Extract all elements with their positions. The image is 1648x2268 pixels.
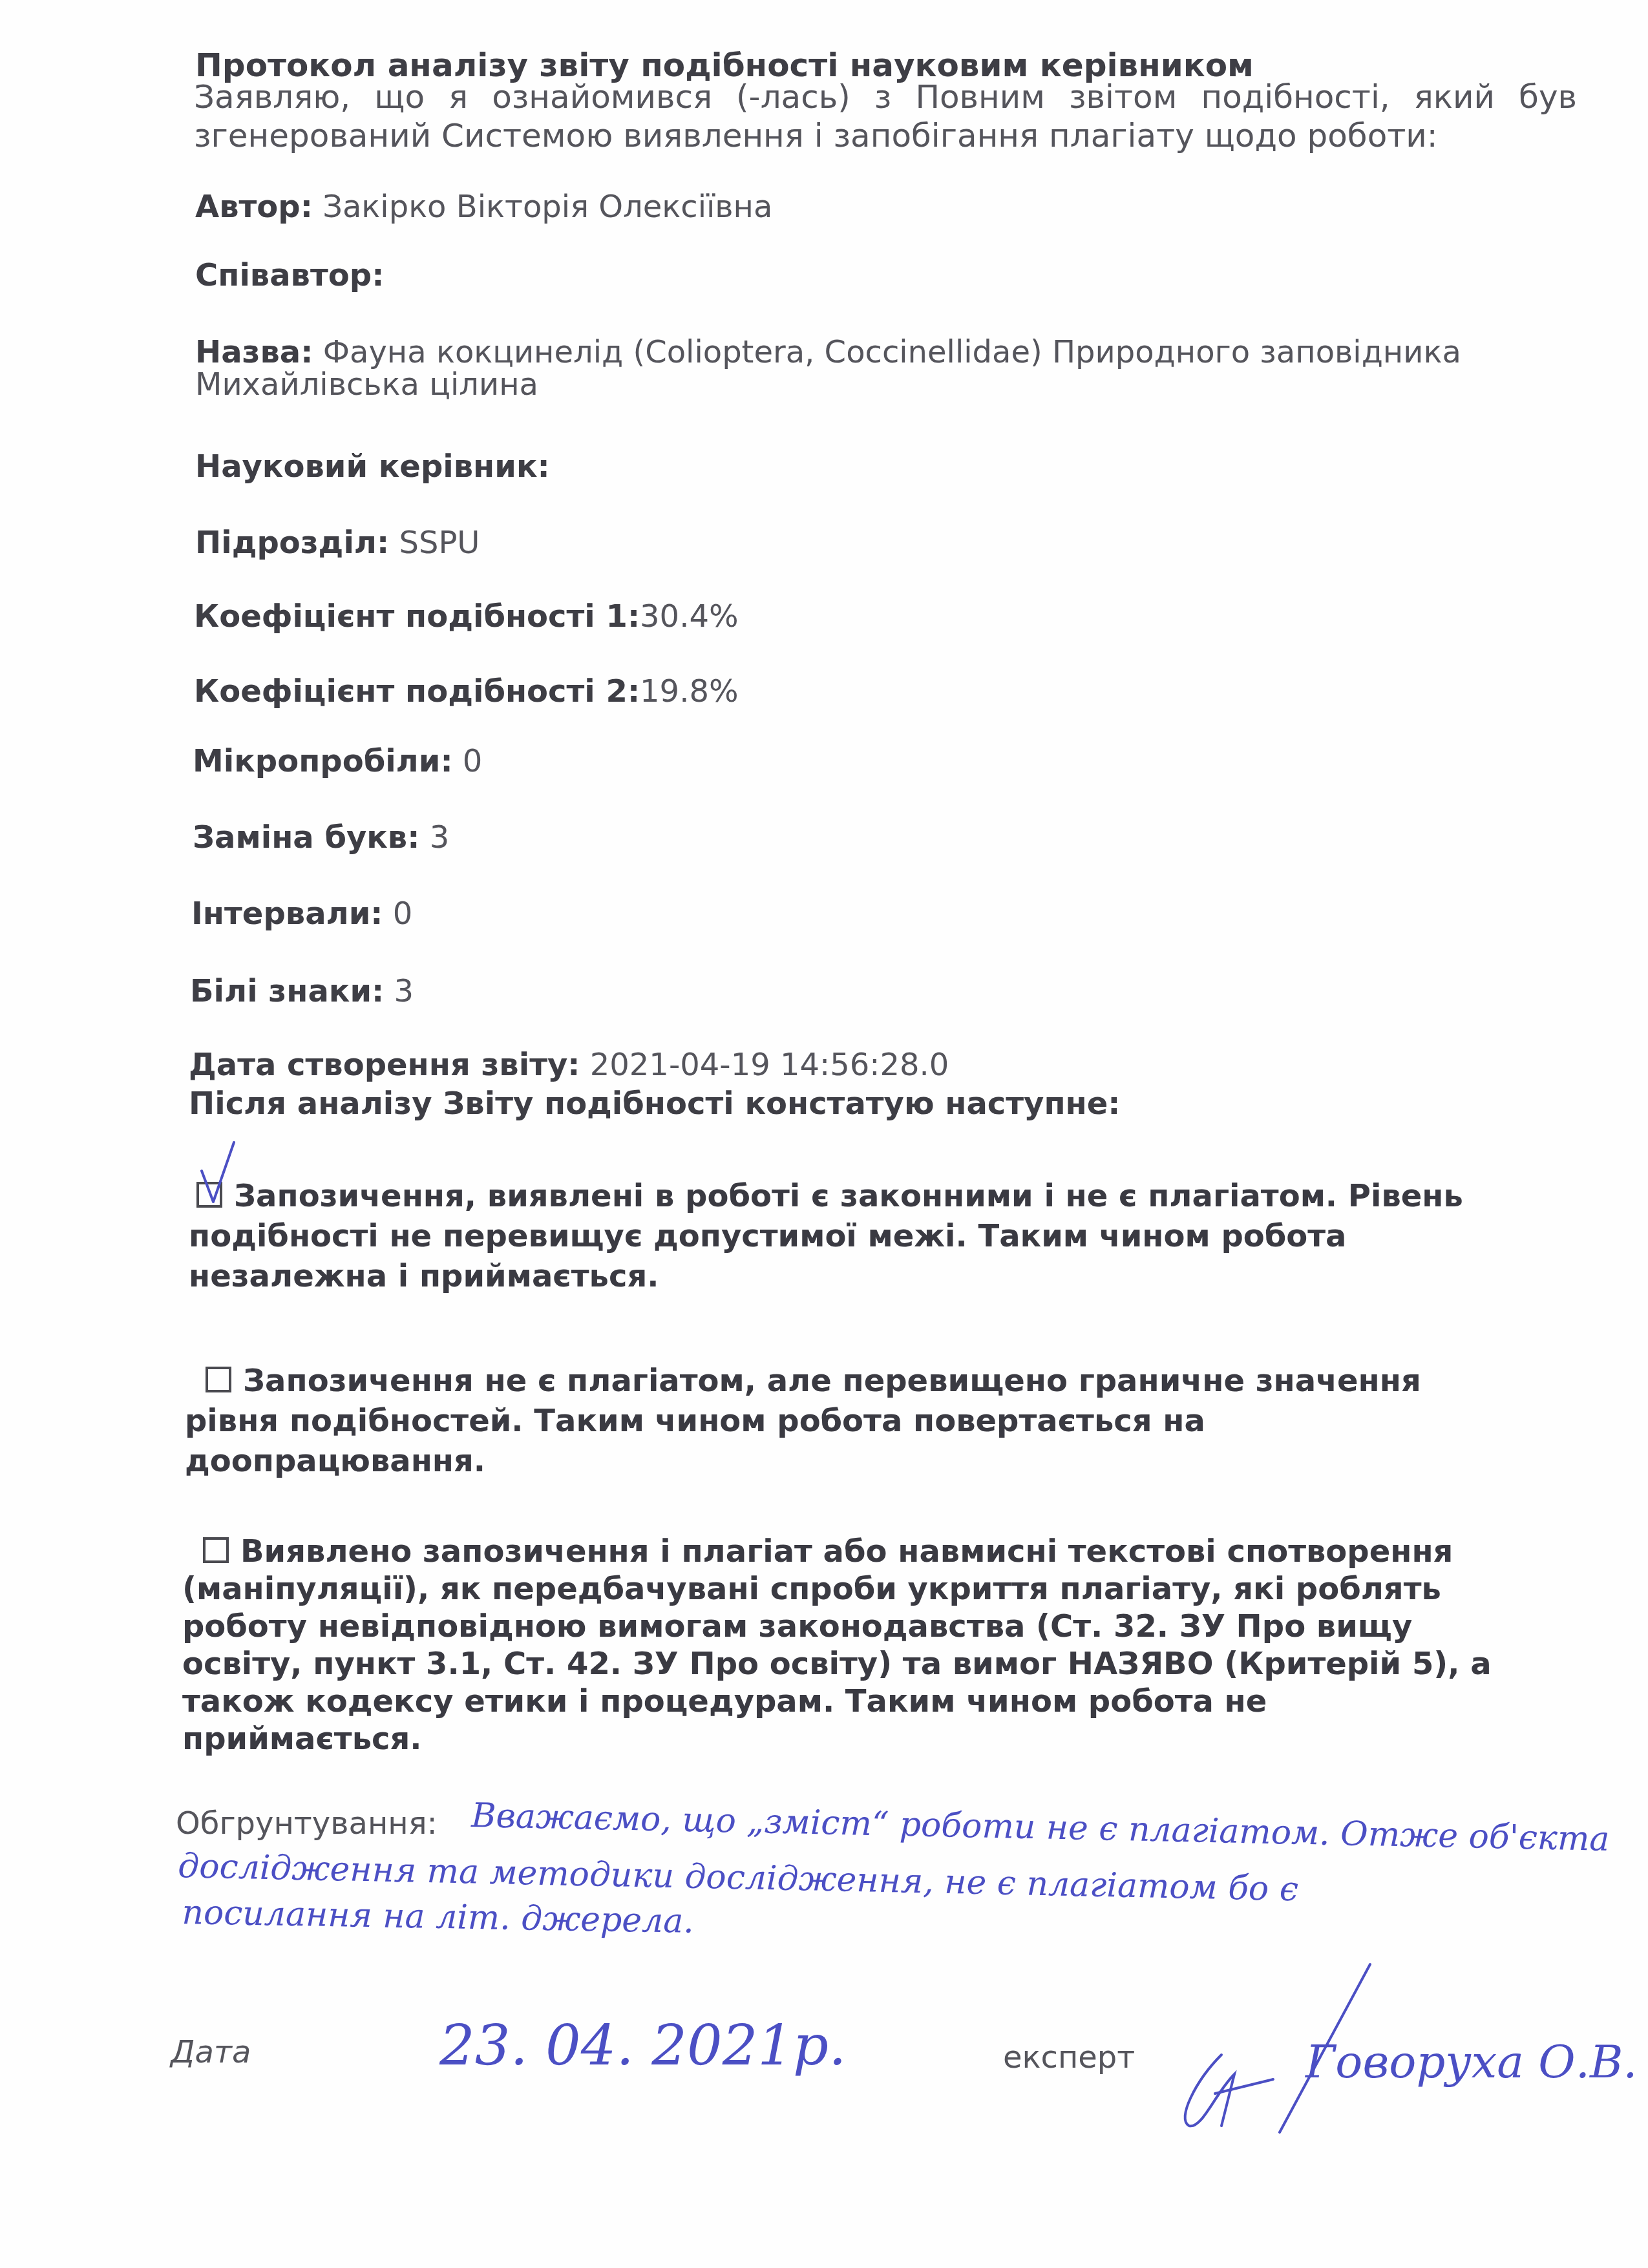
field-value: 0 xyxy=(393,896,413,932)
option-line: Виявлено запозичення і плагіат або навми… xyxy=(240,1533,1453,1570)
justification-line-1: Вважаємо, що „зміст“ роботи не є плагіат… xyxy=(471,1796,1610,1859)
option-line: також кодексу етики і процедурам. Таким … xyxy=(182,1683,1572,1720)
option-line: роботу невідповідною вимогам законодавст… xyxy=(182,1608,1572,1645)
field-coauthor: Співавтор: xyxy=(195,257,384,293)
field-department: Підрозділ: SSPU xyxy=(195,525,480,561)
field-label: Науковий керівник: xyxy=(195,448,550,485)
checkbox-rejected[interactable] xyxy=(203,1537,229,1563)
field-author: Автор: Закірко Вікторія Олексіївна xyxy=(195,189,772,225)
field-microspaces: Мікропробіли: 0 xyxy=(193,743,482,779)
field-label: Співавтор: xyxy=(195,257,384,293)
expert-label: експерт xyxy=(1003,2039,1135,2075)
intro-line-2: згенерований Системою виявлення і запобі… xyxy=(194,116,1577,155)
field-label: Заміна букв: xyxy=(193,819,419,856)
intro-statement: Заявляю, що я ознайомився (-лась) з Повн… xyxy=(194,78,1577,155)
conclusion-option-rejected: Виявлено запозичення і плагіат або навми… xyxy=(182,1533,1572,1758)
field-value: SSPU xyxy=(399,525,480,561)
field-label: Дата створення звіту: xyxy=(189,1047,580,1083)
date-value: 23. 04. 2021р. xyxy=(439,2013,846,2078)
field-label: Інтервали: xyxy=(191,896,383,932)
field-supervisor: Науковий керівник: xyxy=(195,448,550,485)
field-label: Підрозділ: xyxy=(195,525,389,561)
intro-line-1: Заявляю, що я ознайомився (-лась) з Повн… xyxy=(194,78,1577,116)
justification-line-3: посилання на літ. джерела. xyxy=(182,1893,694,1941)
checkmark-icon xyxy=(194,1131,271,1208)
field-value: 30.4% xyxy=(640,598,738,635)
field-similarity-2: Коефіцієнт подібності 2:19.8% xyxy=(194,673,739,709)
field-value: 0 xyxy=(463,743,483,779)
field-intervals: Інтервали: 0 xyxy=(191,896,412,932)
field-label: Автор: xyxy=(195,189,313,225)
field-label: Назва: xyxy=(195,334,313,370)
conclusion-heading: Після аналізу Звіту подібності констатую… xyxy=(189,1086,1120,1122)
option-line: приймається. xyxy=(182,1720,1572,1758)
field-value-line-2: Михайлівська цілина xyxy=(195,368,1461,401)
field-work-title: Назва: Фауна кокцинелід (Colioptera, Coc… xyxy=(195,336,1461,401)
field-value: 2021-04-19 14:56:28.0 xyxy=(590,1047,949,1083)
field-value-line-1: Фауна кокцинелід (Colioptera, Coccinelli… xyxy=(323,334,1461,370)
expert-signature: Говоруха О.В. xyxy=(1305,2035,1638,2088)
option-line: рівня подібностей. Таким чином робота по… xyxy=(185,1401,1574,1441)
option-line: подібності не перевищує допустимої межі.… xyxy=(189,1216,1578,1256)
option-line: (маніпуляції), як передбачувані спроби у… xyxy=(182,1570,1572,1608)
field-label: Білі знаки: xyxy=(190,973,384,1009)
option-line: доопрацювання. xyxy=(185,1441,1574,1481)
field-white-chars: Білі знаки: 3 xyxy=(190,973,414,1009)
scanned-page: Протокол аналізу звіту подібності науков… xyxy=(0,0,1648,2268)
field-label: Коефіцієнт подібності 1: xyxy=(194,598,640,635)
conclusion-option-accepted: Запозичення, виявлені в роботі є законни… xyxy=(189,1176,1578,1296)
field-letter-replacement: Заміна букв: 3 xyxy=(193,819,449,856)
field-label: Мікропробіли: xyxy=(193,743,453,779)
option-line: незалежна і приймається. xyxy=(189,1256,1578,1296)
date-label: Дата xyxy=(171,2034,251,2070)
field-similarity-1: Коефіцієнт подібності 1:30.4% xyxy=(194,598,739,635)
checkbox-revision[interactable] xyxy=(206,1367,231,1392)
field-label: Коефіцієнт подібності 2: xyxy=(194,673,640,709)
field-value: 19.8% xyxy=(640,673,738,709)
field-report-date: Дата створення звіту: 2021-04-19 14:56:2… xyxy=(189,1047,949,1083)
option-line: Запозичення, виявлені в роботі є законни… xyxy=(234,1178,1463,1214)
field-value: 3 xyxy=(394,973,414,1009)
justification-label: Обгрунтування: xyxy=(176,1805,438,1842)
conclusion-option-revision: Запозичення не є плагіатом, але перевище… xyxy=(185,1361,1574,1481)
option-line: Запозичення не є плагіатом, але перевище… xyxy=(243,1363,1421,1399)
option-line: освіту, пункт 3.1, Ст. 42. ЗУ Про освіту… xyxy=(182,1645,1572,1683)
field-value: 3 xyxy=(430,819,450,856)
field-value: Закірко Вікторія Олексіївна xyxy=(322,189,772,225)
